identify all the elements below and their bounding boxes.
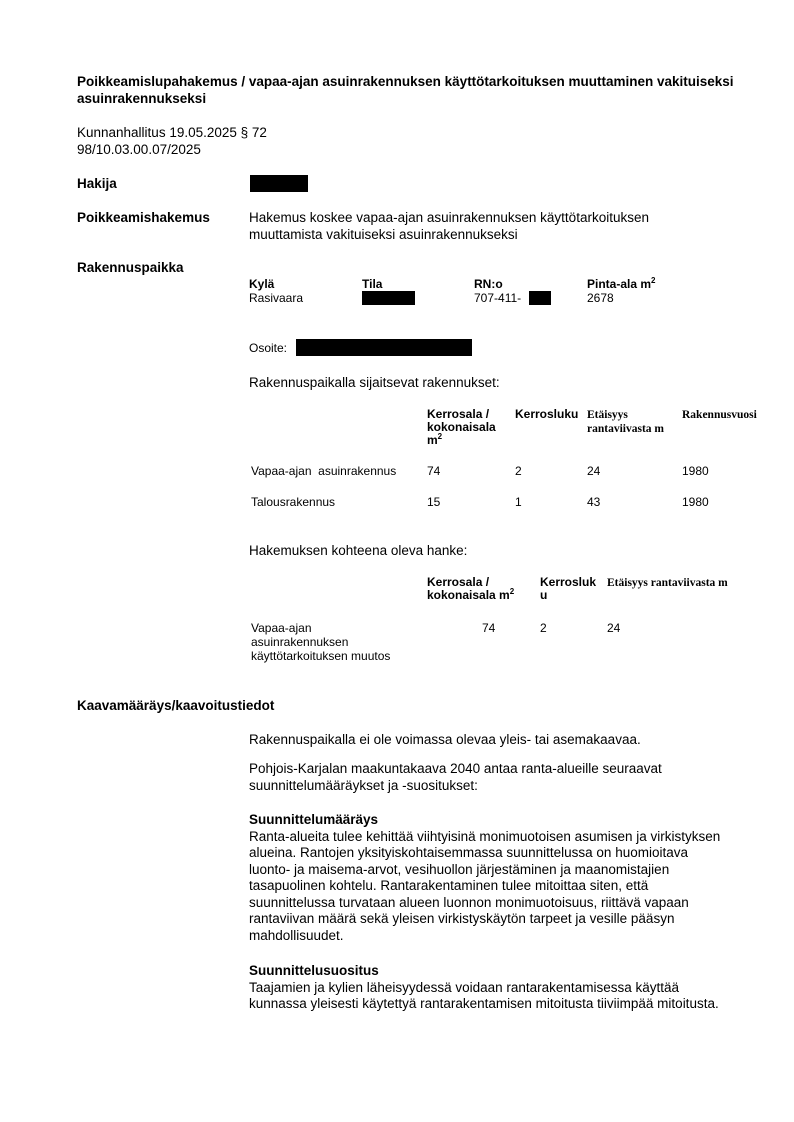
existing-row-0-kerrosala: 74 bbox=[427, 464, 440, 478]
tila-redaction bbox=[362, 291, 415, 305]
existing-row-0-name: Vapaa-ajan asuinrakennus bbox=[251, 464, 396, 478]
existing-kerrosluku-header: Kerrosluku bbox=[515, 408, 578, 421]
pinta-ala-value: 2678 bbox=[587, 291, 614, 305]
existing-buildings-intro: Rakennuspaikalla sijaitsevat rakennukset… bbox=[249, 374, 500, 391]
poikkeamishakemus-label: Poikkeamishakemus bbox=[77, 210, 210, 225]
suunnittelusuositus-text: Taajamien ja kylien läheisyydessä voidaa… bbox=[249, 980, 727, 1013]
kaava-paragraph-1: Rakennuspaikalla ei ole voimassa olevaa … bbox=[249, 732, 739, 749]
suunnittelusuositus-section: Suunnittelusuositus Taajamien ja kylien … bbox=[249, 963, 739, 1013]
project-etaisyys-header: Etäisyys rantaviivasta m bbox=[607, 576, 728, 590]
meeting-info: Kunnanhallitus 19.05.2025 § 72 98/10.03.… bbox=[77, 124, 267, 158]
existing-row-1-kerrosluku: 1 bbox=[515, 495, 522, 509]
project-row-name: Vapaa-ajan asuinrakennuksen käyttötarkoi… bbox=[251, 621, 390, 663]
existing-row-1-kerrosala: 15 bbox=[427, 495, 440, 509]
existing-row-0-vuosi: 1980 bbox=[682, 464, 709, 478]
suunnittelumaarays-section: Suunnittelumääräys Ranta-alueita tulee k… bbox=[249, 812, 739, 944]
hakija-label: Hakija bbox=[77, 176, 117, 191]
kaava-label: Kaavamääräys/kaavoitustiedot bbox=[77, 698, 274, 713]
rno-header: RN:o bbox=[474, 278, 503, 291]
rno-value: 707-411- bbox=[474, 291, 521, 305]
existing-kerrosala-header: Kerrosala / kokonaisala m2 bbox=[427, 408, 496, 447]
kyla-header: Kylä bbox=[249, 278, 274, 291]
hakija-redaction bbox=[250, 175, 308, 192]
existing-row-1-vuosi: 1980 bbox=[682, 495, 709, 509]
poikkeamishakemus-text: Hakemus koskee vapaa-ajan asuinrakennuks… bbox=[249, 209, 699, 243]
project-kerrosluku-header: Kerrosluk u bbox=[540, 576, 596, 602]
rno-redaction bbox=[529, 291, 551, 305]
suunnittelumaarays-text: Ranta-alueita tulee kehittää viihtyisinä… bbox=[249, 829, 731, 945]
pinta-ala-header: Pinta-ala m2 bbox=[587, 278, 655, 291]
suunnittelusuositus-title: Suunnittelusuositus bbox=[249, 963, 739, 980]
tila-header: Tila bbox=[362, 278, 382, 291]
osoite-redaction bbox=[296, 339, 472, 356]
project-intro: Hakemuksen kohteena oleva hanke: bbox=[249, 542, 467, 559]
project-row-etaisyys: 24 bbox=[607, 621, 620, 635]
existing-row-1-name: Talousrakennus bbox=[251, 495, 335, 509]
meeting-line: Kunnanhallitus 19.05.2025 § 72 bbox=[77, 124, 267, 141]
rakennuspaikka-label: Rakennuspaikka bbox=[77, 260, 184, 275]
project-kerrosala-header: Kerrosala / kokonaisala m2 bbox=[427, 576, 514, 602]
existing-etaisyys-header: Etäisyys rantaviivasta m bbox=[587, 408, 664, 436]
kaava-paragraph-2: Pohjois-Karjalan maakuntakaava 2040 anta… bbox=[249, 761, 679, 794]
document-title: Poikkeamislupahakemus / vapaa-ajan asuin… bbox=[77, 73, 737, 107]
existing-rakennusvuosi-header: Rakennusvuosi bbox=[682, 408, 757, 422]
project-row-kerrosluku: 2 bbox=[540, 621, 547, 635]
suunnittelumaarays-title: Suunnittelumääräys bbox=[249, 812, 739, 829]
existing-row-0-kerrosluku: 2 bbox=[515, 464, 522, 478]
kyla-value: Rasivaara bbox=[249, 291, 303, 305]
existing-row-0-etaisyys: 24 bbox=[587, 464, 600, 478]
osoite-label: Osoite: bbox=[249, 341, 287, 355]
record-number: 98/10.03.00.07/2025 bbox=[77, 141, 267, 158]
existing-row-1-etaisyys: 43 bbox=[587, 495, 600, 509]
project-row-kerrosala: 74 bbox=[482, 621, 495, 635]
